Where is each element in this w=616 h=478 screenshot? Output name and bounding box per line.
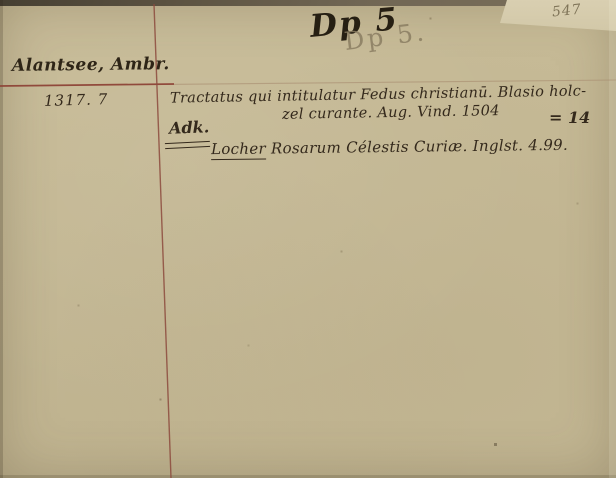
- horizontal-rule-left-segment: [0, 84, 174, 86]
- entry-second-work-author: Locher: [211, 140, 266, 161]
- entry-title-line2: zel curante. Aug. Vind. 1504: [282, 103, 500, 123]
- entry-second-work-title: Rosarum Célestis Curiæ. Inglst. 4.99.: [266, 136, 568, 158]
- entry-second-work: Locher Rosarum Célestis Curiæ. Inglst. 4…: [211, 136, 568, 158]
- author-heading: Alantsee, Ambr.: [12, 54, 170, 76]
- paper-speckles: [0, 0, 1, 1]
- vertical-rule-line: [154, 4, 171, 478]
- call-number: 1317. 7: [44, 90, 109, 110]
- scan-left-edge: [0, 0, 3, 478]
- entry-note-double-underline: [165, 141, 210, 149]
- scan-right-edge: [609, 0, 616, 478]
- entry-title-line1: Tractatus qui intitulatur Fedus christia…: [170, 83, 587, 106]
- entry-price-mark: = 14: [549, 108, 590, 127]
- catalog-card-scan: 547 Dp 5 Dp 5. Alantsee, Ambr. 1317. 7 T…: [0, 0, 616, 478]
- entry-note: Adk.: [169, 117, 210, 137]
- corner-number: 547: [551, 1, 582, 20]
